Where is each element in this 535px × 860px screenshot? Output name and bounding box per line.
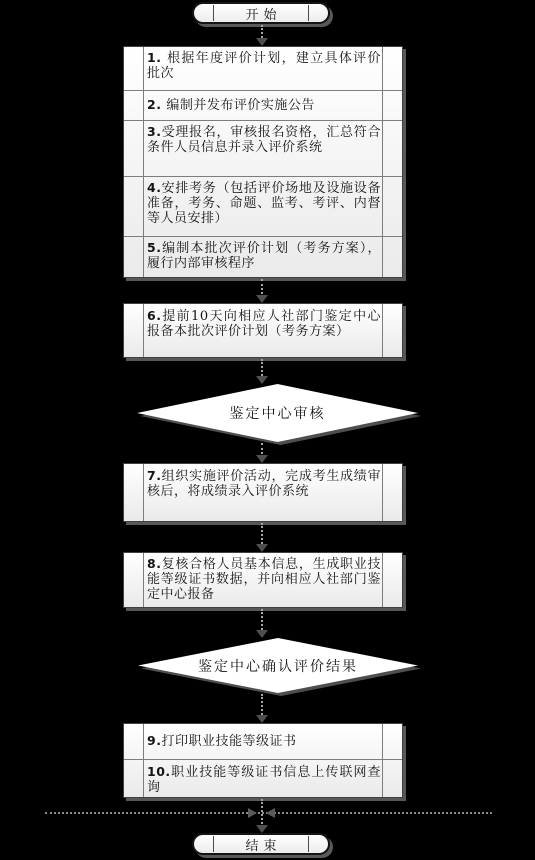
- group-side-line: [382, 724, 383, 797]
- decision-label: 鉴定中心审核: [230, 403, 326, 423]
- arrowhead-down-icon: [256, 825, 268, 833]
- process-group-2: 6.提前10天向相应人社部门鉴定中心报备本批次评价计划（考务方案）: [123, 303, 403, 358]
- flow-arrow: [255, 279, 269, 303]
- process-group-4: 8.复核合格人员基本信息，生成职业技能等级证书数据，并向相应人社部门鉴定中心报备: [123, 552, 403, 608]
- end-label: 结束: [240, 835, 281, 854]
- diamond-shape: 鉴定中心审核: [137, 384, 418, 442]
- process-group-5: 9.打印职业技能等级证书 10.职业技能等级证书信息上传联网查询: [123, 723, 403, 798]
- flow-arrow: [255, 694, 269, 723]
- decision-diamond-1: 鉴定中心审核: [137, 384, 418, 442]
- flow-arrow: [255, 359, 269, 384]
- terminator-cap-line: [308, 836, 309, 852]
- arrowhead-down-icon: [256, 630, 268, 638]
- step-number: 4.: [147, 180, 161, 195]
- group-side-line: [143, 553, 144, 607]
- process-step-6: 6.提前10天向相应人社部门鉴定中心报备本批次评价计划（考务方案）: [124, 304, 402, 357]
- step-text: 组织实施评价活动，完成考生成绩审核后，将成绩录入评价系统: [147, 469, 381, 499]
- arrowhead-down-icon: [256, 544, 268, 552]
- group-side-line: [382, 304, 383, 357]
- step-text: 安排考务（包括评价场地及设施设备准备，考务、命题、监考、考评、内督等人员安排）: [147, 181, 381, 226]
- step-number: 7.: [147, 468, 161, 483]
- flow-arrow: [255, 523, 269, 552]
- group-side-line: [382, 47, 383, 277]
- process-group-3: 7.组织实施评价活动，完成考生成绩审核后，将成绩录入评价系统: [123, 463, 403, 522]
- process-step-8: 8.复核合格人员基本信息，生成职业技能等级证书数据，并向相应人社部门鉴定中心报备: [124, 553, 402, 607]
- step-text: 受理报名，审核报名资格，汇总符合条件人员信息并录入评价系统: [147, 125, 381, 155]
- arrowhead-down-icon: [256, 455, 268, 463]
- group-side-line: [143, 47, 144, 277]
- arrowhead-down-icon: [256, 376, 268, 384]
- group-side-line: [143, 724, 144, 797]
- process-group-1: 1. 根据年度评价计划，建立具体评价批次 2. 编制并发布评价实施公告 3.受理…: [123, 46, 403, 278]
- step-text: 打印职业技能等级证书: [161, 734, 296, 749]
- step-text: 复核合格人员基本信息，生成职业技能等级证书数据，并向相应人社部门鉴定中心报备: [147, 557, 381, 602]
- arrowhead-down-icon: [256, 295, 268, 303]
- step-number: 5.: [147, 240, 161, 255]
- step-number: 1.: [147, 50, 167, 65]
- flowchart-canvas: 开始 1. 根据年度评价计划，建立具体评价批次 2. 编制并发布评价实施公告 3…: [0, 0, 535, 860]
- terminator-cap-line: [308, 5, 309, 21]
- start-label: 开始: [240, 4, 281, 23]
- step-number: 2.: [147, 97, 166, 112]
- step-number: 6.: [147, 308, 161, 323]
- diamond-shape: 鉴定中心确认评价结果: [138, 638, 418, 693]
- process-step-5: 5.编制本批次评价计划（考务方案），履行内部审核程序: [124, 236, 402, 277]
- arrowhead-down-icon: [256, 715, 268, 723]
- terminator-cap-line: [213, 5, 214, 21]
- group-side-line: [382, 464, 383, 521]
- decision-diamond-2: 鉴定中心确认评价结果: [138, 638, 418, 693]
- process-step-10: 10.职业技能等级证书信息上传联网查询: [124, 759, 402, 797]
- group-side-line: [143, 464, 144, 521]
- terminator-cap-line: [213, 836, 214, 852]
- step-number: 3.: [147, 124, 161, 139]
- flow-arrow: [255, 443, 269, 463]
- flow-arrow: [255, 799, 269, 833]
- flow-arrow: [255, 25, 269, 46]
- arrow-line: [261, 799, 263, 828]
- step-text: 职业技能等级证书信息上传联网查询: [147, 765, 381, 795]
- decision-label: 鉴定中心确认评价结果: [198, 656, 358, 676]
- process-step-2: 2. 编制并发布评价实施公告: [124, 90, 402, 120]
- step-number: 9.: [147, 733, 161, 748]
- process-step-7: 7.组织实施评价活动，完成考生成绩审核后，将成绩录入评价系统: [124, 464, 402, 521]
- step-text: 编制本批次评价计划（考务方案），履行内部审核程序: [147, 241, 381, 271]
- arrowhead-down-icon: [256, 38, 268, 46]
- start-terminator: 开始: [192, 2, 330, 24]
- process-step-9: 9.打印职业技能等级证书: [124, 724, 402, 759]
- process-step-4: 4.安排考务（包括评价场地及设施设备准备，考务、命题、监考、考评、内督等人员安排…: [124, 176, 402, 236]
- end-terminator: 结束: [192, 833, 330, 855]
- process-step-3: 3.受理报名，审核报名资格，汇总符合条件人员信息并录入评价系统: [124, 120, 402, 176]
- group-side-line: [143, 304, 144, 357]
- flow-arrow: [255, 609, 269, 638]
- step-text: 根据年度评价计划，建立具体评价批次: [147, 51, 381, 81]
- step-text: 提前10天向相应人社部门鉴定中心报备本批次评价计划（考务方案）: [147, 309, 381, 339]
- step-number: 10.: [147, 764, 171, 779]
- step-text: 编制并发布评价实施公告: [166, 98, 315, 113]
- group-side-line: [382, 553, 383, 607]
- process-step-1: 1. 根据年度评价计划，建立具体评价批次: [124, 47, 402, 90]
- step-number: 8.: [147, 556, 161, 571]
